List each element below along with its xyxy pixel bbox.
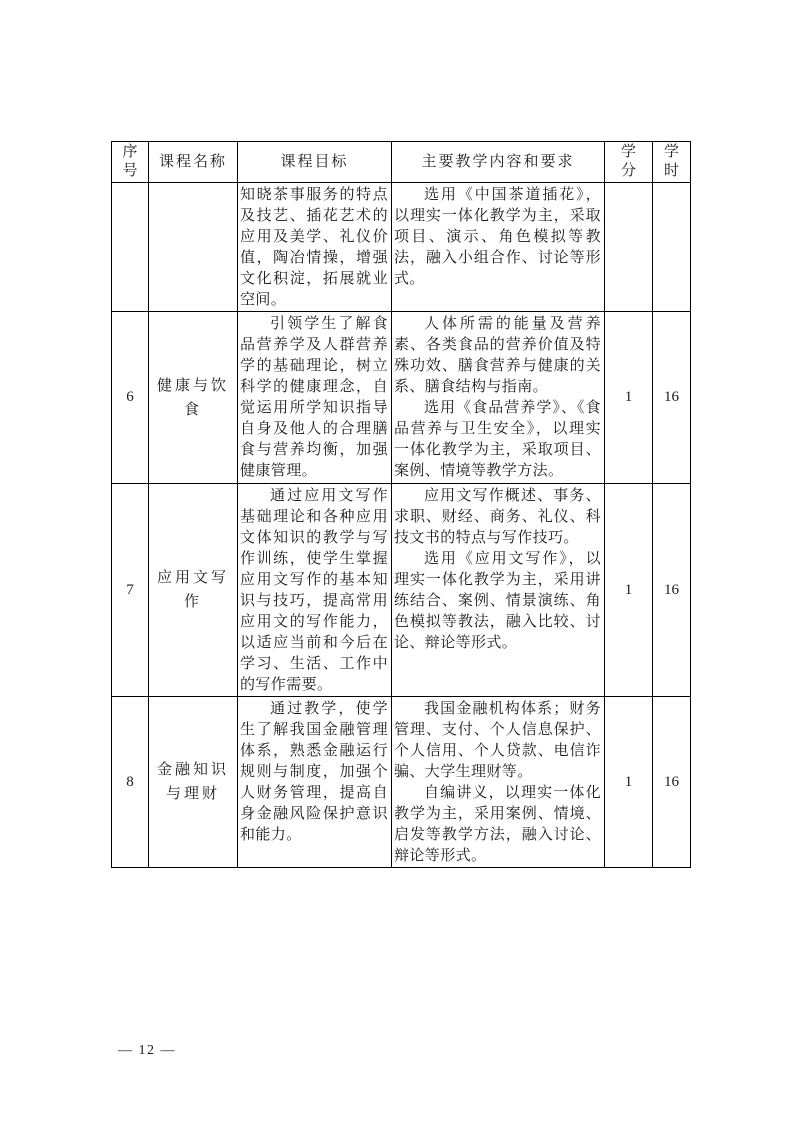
header-seq-no: 序号 (112, 142, 149, 183)
teaching-content-paragraph: 选用《食品营养学》、《食品营养与卫生安全》，以理实一体化教学为主，采取项目、案例… (394, 398, 601, 482)
cell-course-name: 应用文写作 (149, 484, 238, 697)
cell-credits: 1 (605, 312, 653, 484)
table-row-8: 8 金融知识与理财 通过教学，使学生了解我国金融管理体系，熟悉金融运行规则与制度… (112, 697, 691, 868)
cell-hours (653, 183, 691, 312)
teaching-content-paragraph: 我国金融机构体系；财务管理、支付、个人信息保护、个人信用、个人贷款、电信诈骗、大… (394, 699, 601, 783)
cell-seq-no (112, 183, 149, 312)
header-course-objective-label: 课程目标 (280, 154, 348, 170)
header-course-objective: 课程目标 (238, 142, 392, 183)
header-hours-label: 学时 (663, 143, 679, 181)
teaching-content-paragraph: 应用文写作概述、事务、求职、财经、商务、礼仪、科技文书的特点与写作技巧。 (394, 486, 601, 549)
header-teaching-content-label: 主要教学内容和要求 (421, 154, 574, 170)
teaching-content-paragraph: 选用《应用文写作》，以理实一体化教学为主，采用讲练结合、案例、情景演练、角色模拟… (394, 549, 601, 654)
teaching-content-paragraph: 人体所需的能量及营养素、各类食品的营养价值及特殊功效、膳食营养与健康的关系、膳食… (394, 314, 601, 398)
header-seq-no-label: 序号 (122, 143, 138, 181)
table-row-7: 7 应用文写作 通过应用文写作基础理论和各种应用文体知识的教学与写作训练，使学生… (112, 484, 691, 697)
cell-credits: 1 (605, 484, 653, 697)
document-page: 序号 课程名称 课程目标 主要教学内容和要求 学分 学时 知晓茶事服务的特点及技… (0, 0, 793, 1122)
teaching-content-paragraph: 选用《中国茶道插花》，以理实一体化教学为主，采取项目、演示、角色模拟等教法，融入… (394, 185, 601, 290)
cell-hours: 16 (653, 484, 691, 697)
cell-seq-no: 7 (112, 484, 149, 697)
course-objective-paragraph: 知晓茶事服务的特点及技艺、插花艺术的应用及美学、礼仪价值，陶冶情操，增强文化积淀… (240, 185, 388, 311)
header-credits: 学分 (605, 142, 653, 183)
cell-teaching-content: 人体所需的能量及营养素、各类食品的营养价值及特殊功效、膳食营养与健康的关系、膳食… (392, 312, 605, 484)
cell-course-name (149, 183, 238, 312)
cell-teaching-content: 选用《中国茶道插花》，以理实一体化教学为主，采取项目、演示、角色模拟等教法，融入… (392, 183, 605, 312)
cell-course-name: 健康与饮食 (149, 312, 238, 484)
course-objective-paragraph: 通过教学，使学生了解我国金融管理体系，熟悉金融运行规则与制度，加强个人财务管理，… (240, 699, 388, 846)
course-objective-paragraph: 通过应用文写作基础理论和各种应用文体知识的教学与写作训练，使学生掌握应用文写作的… (240, 486, 388, 696)
table-row-6: 6 健康与饮食 引领学生了解食品营养学及人群营养学的基础理论，树立科学的健康理念… (112, 312, 691, 484)
cell-teaching-content: 应用文写作概述、事务、求职、财经、商务、礼仪、科技文书的特点与写作技巧。 选用《… (392, 484, 605, 697)
teaching-content-paragraph: 自编讲义，以理实一体化教学为主，采用案例、情境、启发等教学方法，融入讨论、辩论等… (394, 783, 601, 867)
header-course-name: 课程名称 (149, 142, 238, 183)
table-row-continuation: 知晓茶事服务的特点及技艺、插花艺术的应用及美学、礼仪价值，陶冶情操，增强文化积淀… (112, 183, 691, 312)
cell-course-objective: 引领学生了解食品营养学及人群营养学的基础理论，树立科学的健康理念，自觉运用所学知… (238, 312, 392, 484)
cell-hours: 16 (653, 697, 691, 868)
cell-course-objective: 通过教学，使学生了解我国金融管理体系，熟悉金融运行规则与制度，加强个人财务管理，… (238, 697, 392, 868)
cell-course-objective: 通过应用文写作基础理论和各种应用文体知识的教学与写作训练，使学生掌握应用文写作的… (238, 484, 392, 697)
header-teaching-content: 主要教学内容和要求 (392, 142, 605, 183)
cell-teaching-content: 我国金融机构体系；财务管理、支付、个人信息保护、个人信用、个人贷款、电信诈骗、大… (392, 697, 605, 868)
cell-credits (605, 183, 653, 312)
header-course-name-label: 课程名称 (159, 154, 227, 170)
course-table: 序号 课程名称 课程目标 主要教学内容和要求 学分 学时 知晓茶事服务的特点及技… (111, 141, 691, 868)
cell-hours: 16 (653, 312, 691, 484)
cell-seq-no: 6 (112, 312, 149, 484)
cell-course-objective: 知晓茶事服务的特点及技艺、插花艺术的应用及美学、礼仪价值，陶冶情操，增强文化积淀… (238, 183, 392, 312)
course-objective-paragraph: 引领学生了解食品营养学及人群营养学的基础理论，树立科学的健康理念，自觉运用所学知… (240, 314, 388, 482)
cell-credits: 1 (605, 697, 653, 868)
header-hours: 学时 (653, 142, 691, 183)
table-header-row: 序号 课程名称 课程目标 主要教学内容和要求 学分 学时 (112, 142, 691, 183)
cell-seq-no: 8 (112, 697, 149, 868)
header-credits-label: 学分 (620, 143, 636, 181)
page-number: — 12 — (118, 1043, 176, 1059)
cell-course-name: 金融知识与理财 (149, 697, 238, 868)
